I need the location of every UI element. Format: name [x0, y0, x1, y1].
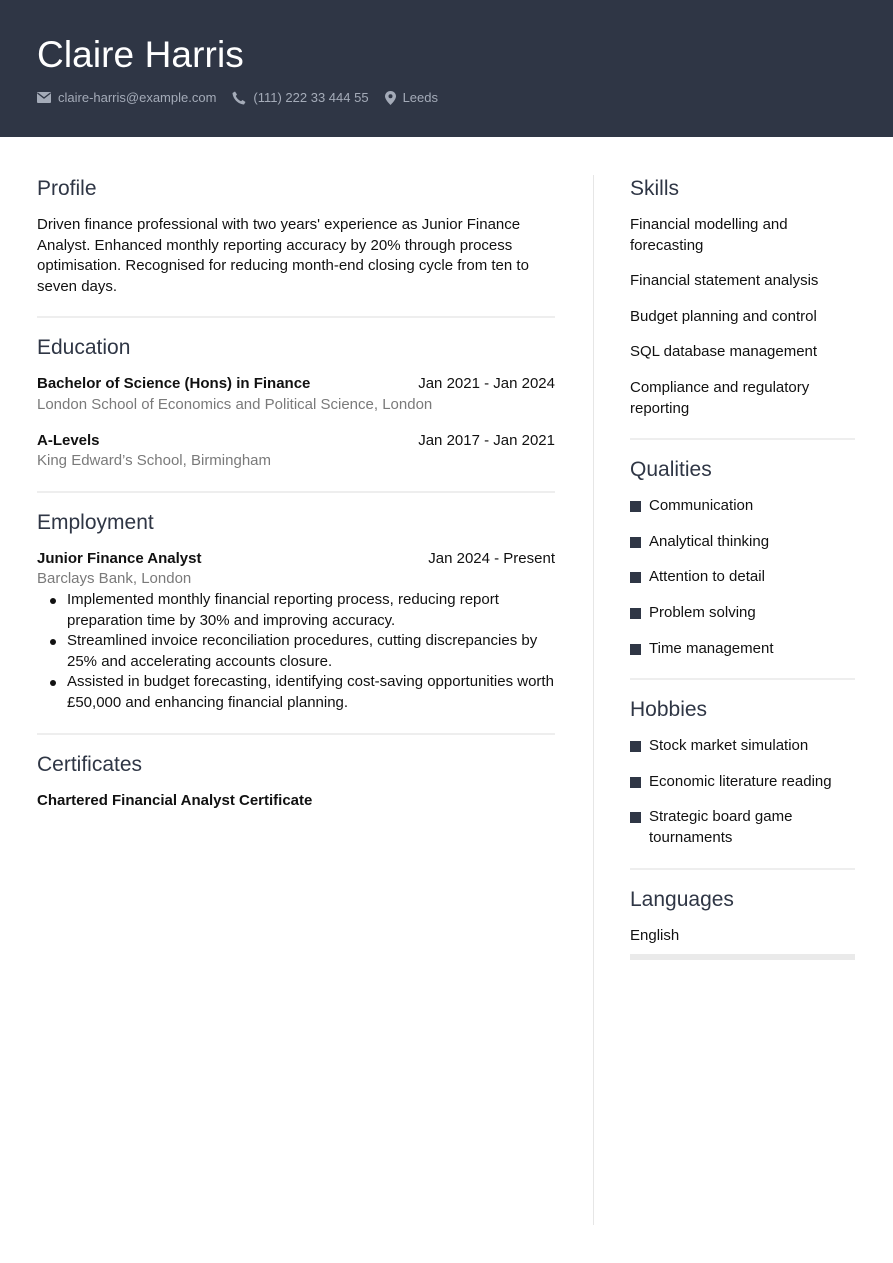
hobbies-section: Hobbies Stock market simulation Economic… — [630, 696, 855, 869]
dates: Jan 2021 - Jan 2024 — [418, 374, 555, 395]
quality-item: Analytical thinking — [630, 532, 855, 553]
quality-item: Problem solving — [630, 603, 855, 624]
square-bullet-icon — [630, 741, 641, 752]
hobby-item: Stock market simulation — [630, 736, 855, 757]
contact-phone: (111) 222 33 444 55 — [232, 90, 368, 105]
section-title: Languages — [630, 886, 855, 914]
square-bullet-icon — [630, 537, 641, 548]
section-title: Education — [37, 334, 555, 362]
skill-item: Compliance and regulatory reporting — [630, 378, 855, 419]
phone-icon — [232, 91, 253, 105]
profile-text: Driven finance professional with two yea… — [37, 215, 555, 297]
section-title: Hobbies — [630, 696, 855, 724]
skill-item: SQL database management — [630, 342, 855, 363]
hobby-label: Strategic board game tournaments — [649, 807, 855, 848]
sidebar-column: Skills Financial modelling and forecasti… — [630, 175, 855, 995]
certificates-section: Certificates Chartered Financial Analyst… — [37, 751, 555, 831]
skill-item: Financial statement analysis — [630, 271, 855, 292]
dates: Jan 2024 - Present — [428, 549, 555, 570]
column-divider — [593, 175, 594, 1225]
candidate-name: Claire Harris — [37, 34, 244, 76]
list-item: Assisted in budget forecasting, identify… — [37, 672, 555, 713]
quality-label: Communication — [649, 496, 753, 517]
envelope-icon — [37, 92, 58, 103]
square-bullet-icon — [630, 572, 641, 583]
list-item: Implemented monthly financial reporting … — [37, 590, 555, 631]
map-pin-icon — [385, 91, 403, 105]
profile-section: Profile Driven finance professional with… — [37, 175, 555, 318]
language-name: English — [630, 926, 855, 947]
hobby-label: Stock market simulation — [649, 736, 808, 757]
education-entry: Bachelor of Science (Hons) in Finance Ja… — [37, 374, 555, 415]
square-bullet-icon — [630, 777, 641, 788]
resume-header: Claire Harris claire-harris@example.com … — [0, 0, 893, 137]
contact-info: claire-harris@example.com (111) 222 33 4… — [37, 90, 454, 105]
square-bullet-icon — [630, 501, 641, 512]
quality-item: Communication — [630, 496, 855, 517]
square-bullet-icon — [630, 608, 641, 619]
employment-section: Employment Junior Finance Analyst Jan 20… — [37, 509, 555, 735]
email-text: claire-harris@example.com — [58, 90, 216, 105]
skills-section: Skills Financial modelling and forecasti… — [630, 175, 855, 440]
employment-entry: Junior Finance Analyst Jan 2024 - Presen… — [37, 549, 555, 714]
main-column: Profile Driven finance professional with… — [37, 175, 555, 846]
school: London School of Economics and Political… — [37, 395, 555, 416]
section-title: Qualities — [630, 456, 855, 484]
qualities-section: Qualities Communication Analytical think… — [630, 456, 855, 680]
square-bullet-icon — [630, 812, 641, 823]
hobby-item: Strategic board game tournaments — [630, 807, 855, 848]
quality-label: Analytical thinking — [649, 532, 769, 553]
languages-section: Languages English — [630, 886, 855, 980]
education-section: Education Bachelor of Science (Hons) in … — [37, 334, 555, 492]
skill-item: Budget planning and control — [630, 307, 855, 328]
phone-text: (111) 222 33 444 55 — [253, 90, 368, 105]
job-title: Junior Finance Analyst — [37, 549, 201, 570]
skill-item: Financial modelling and forecasting — [630, 215, 855, 256]
quality-label: Attention to detail — [649, 567, 765, 588]
responsibilities-list: Implemented monthly financial reporting … — [37, 590, 555, 714]
section-title: Profile — [37, 175, 555, 203]
hobby-label: Economic literature reading — [649, 772, 832, 793]
school: King Edward’s School, Birmingham — [37, 451, 555, 472]
quality-item: Attention to detail — [630, 567, 855, 588]
quality-item: Time management — [630, 639, 855, 660]
quality-label: Time management — [649, 639, 774, 660]
language-level-bar — [630, 954, 855, 960]
section-title: Skills — [630, 175, 855, 203]
certificate-item: Chartered Financial Analyst Certificate — [37, 791, 555, 812]
education-entry: A-Levels Jan 2017 - Jan 2021 King Edward… — [37, 431, 555, 472]
quality-label: Problem solving — [649, 603, 756, 624]
hobby-item: Economic literature reading — [630, 772, 855, 793]
square-bullet-icon — [630, 644, 641, 655]
degree: A-Levels — [37, 431, 100, 452]
section-title: Employment — [37, 509, 555, 537]
degree: Bachelor of Science (Hons) in Finance — [37, 374, 310, 395]
location-text: Leeds — [403, 90, 438, 105]
list-item: Streamlined invoice reconciliation proce… — [37, 631, 555, 672]
dates: Jan 2017 - Jan 2021 — [418, 431, 555, 452]
company: Barclays Bank, London — [37, 569, 555, 590]
contact-location: Leeds — [385, 90, 438, 105]
section-title: Certificates — [37, 751, 555, 779]
contact-email: claire-harris@example.com — [37, 90, 216, 105]
